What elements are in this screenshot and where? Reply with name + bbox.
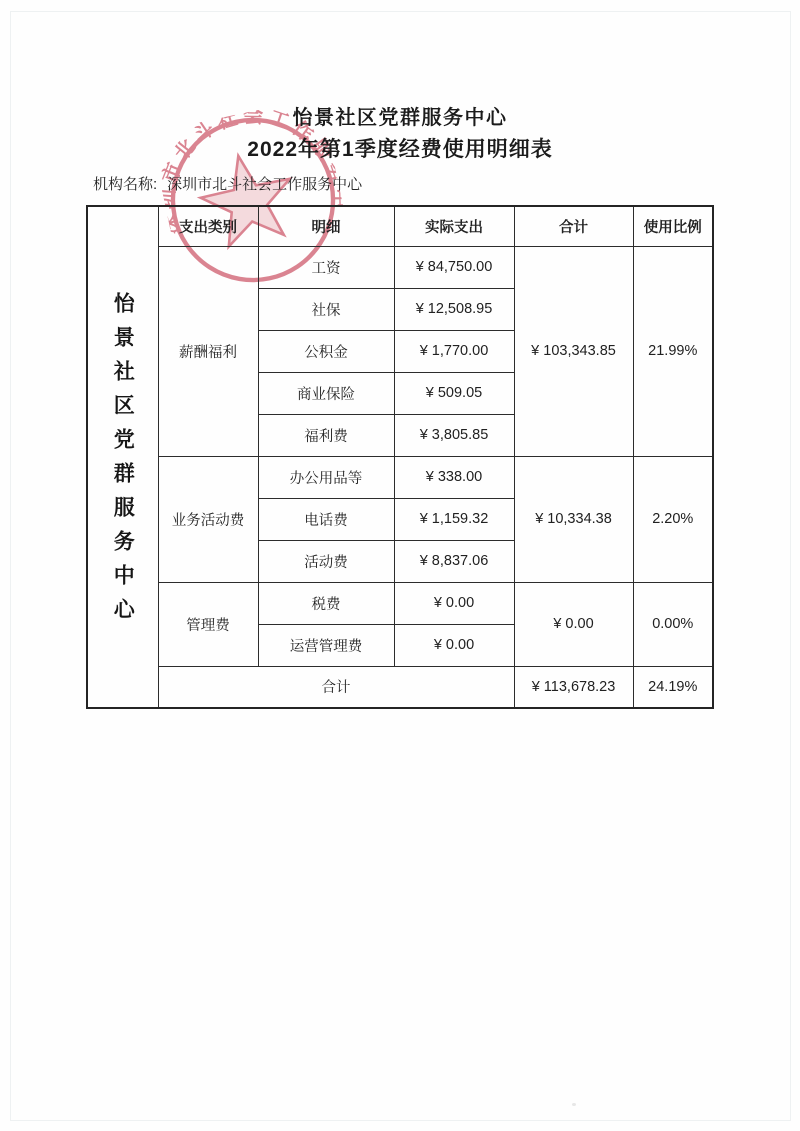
page-title: 怡景社区党群服务中心 bbox=[0, 101, 800, 130]
org-name-line: 机构名称:深圳市北斗社会工作服务中心 bbox=[93, 173, 362, 194]
detail-cell: 社保 bbox=[258, 288, 394, 330]
col-header-category: 支出类别 bbox=[158, 206, 258, 246]
total-ratio-cell: 24.19% bbox=[633, 666, 713, 708]
col-header-usage-ratio: 使用比例 bbox=[633, 206, 713, 246]
amount-cell: ¥ 509.05 bbox=[394, 372, 514, 414]
total-amount-cell: ¥ 113,678.23 bbox=[514, 666, 633, 708]
total-row: 合计 ¥ 113,678.23 24.19% bbox=[87, 666, 713, 708]
ratio-cell-management: 0.00% bbox=[633, 582, 713, 666]
table-row: 薪酬福利 工资 ¥ 84,750.00 ¥ 103,343.85 21.99% bbox=[87, 246, 713, 288]
page-subtitle: 2022年第1季度经费使用明细表 bbox=[0, 133, 800, 163]
amount-cell: ¥ 8,837.06 bbox=[394, 540, 514, 582]
col-header-subtotal: 合计 bbox=[514, 206, 633, 246]
amount-cell: ¥ 84,750.00 bbox=[394, 246, 514, 288]
amount-cell: ¥ 1,770.00 bbox=[394, 330, 514, 372]
side-header-cell: 怡景社区党群服务中心 bbox=[87, 206, 158, 708]
subtotal-cell-payroll: ¥ 103,343.85 bbox=[514, 246, 633, 456]
scan-speck bbox=[572, 1103, 576, 1106]
amount-cell: ¥ 1,159.32 bbox=[394, 498, 514, 540]
detail-cell: 办公用品等 bbox=[258, 456, 394, 498]
subtotal-cell-business-activity: ¥ 10,334.38 bbox=[514, 456, 633, 582]
side-header-text: 怡景社区党群服务中心 bbox=[112, 292, 133, 632]
detail-cell: 商业保险 bbox=[258, 372, 394, 414]
expense-detail-table: 怡景社区党群服务中心 支出类别 明细 实际支出 合计 使用比例 薪酬福利 工资 … bbox=[86, 205, 714, 709]
category-cell-payroll: 薪酬福利 bbox=[158, 246, 258, 456]
table-row: 业务活动费 办公用品等 ¥ 338.00 ¥ 10,334.38 2.20% bbox=[87, 456, 713, 498]
scanned-document-page: 深圳市北斗社会工作服务中心 怡景社区党群服务中心 2022年第1季度经费使用明细… bbox=[0, 0, 800, 1131]
detail-cell: 工资 bbox=[258, 246, 394, 288]
amount-cell: ¥ 0.00 bbox=[394, 582, 514, 624]
detail-cell: 税费 bbox=[258, 582, 394, 624]
total-label-cell: 合计 bbox=[158, 666, 514, 708]
ratio-cell-payroll: 21.99% bbox=[633, 246, 713, 456]
amount-cell: ¥ 3,805.85 bbox=[394, 414, 514, 456]
org-name-label: 机构名称: bbox=[93, 176, 157, 193]
category-cell-management: 管理费 bbox=[158, 582, 258, 666]
amount-cell: ¥ 12,508.95 bbox=[394, 288, 514, 330]
detail-cell: 运营管理费 bbox=[258, 624, 394, 666]
detail-cell: 福利费 bbox=[258, 414, 394, 456]
col-header-actual-spend: 实际支出 bbox=[394, 206, 514, 246]
ratio-cell-business-activity: 2.20% bbox=[633, 456, 713, 582]
detail-cell: 电话费 bbox=[258, 498, 394, 540]
detail-cell: 公积金 bbox=[258, 330, 394, 372]
table-row: 管理费 税费 ¥ 0.00 ¥ 0.00 0.00% bbox=[87, 582, 713, 624]
table-header-row: 怡景社区党群服务中心 支出类别 明细 实际支出 合计 使用比例 bbox=[87, 206, 713, 246]
category-cell-business-activity: 业务活动费 bbox=[158, 456, 258, 582]
col-header-detail: 明细 bbox=[258, 206, 394, 246]
amount-cell: ¥ 0.00 bbox=[394, 624, 514, 666]
detail-cell: 活动费 bbox=[258, 540, 394, 582]
org-name-value: 深圳市北斗社会工作服务中心 bbox=[167, 176, 362, 193]
subtotal-cell-management: ¥ 0.00 bbox=[514, 582, 633, 666]
amount-cell: ¥ 338.00 bbox=[394, 456, 514, 498]
